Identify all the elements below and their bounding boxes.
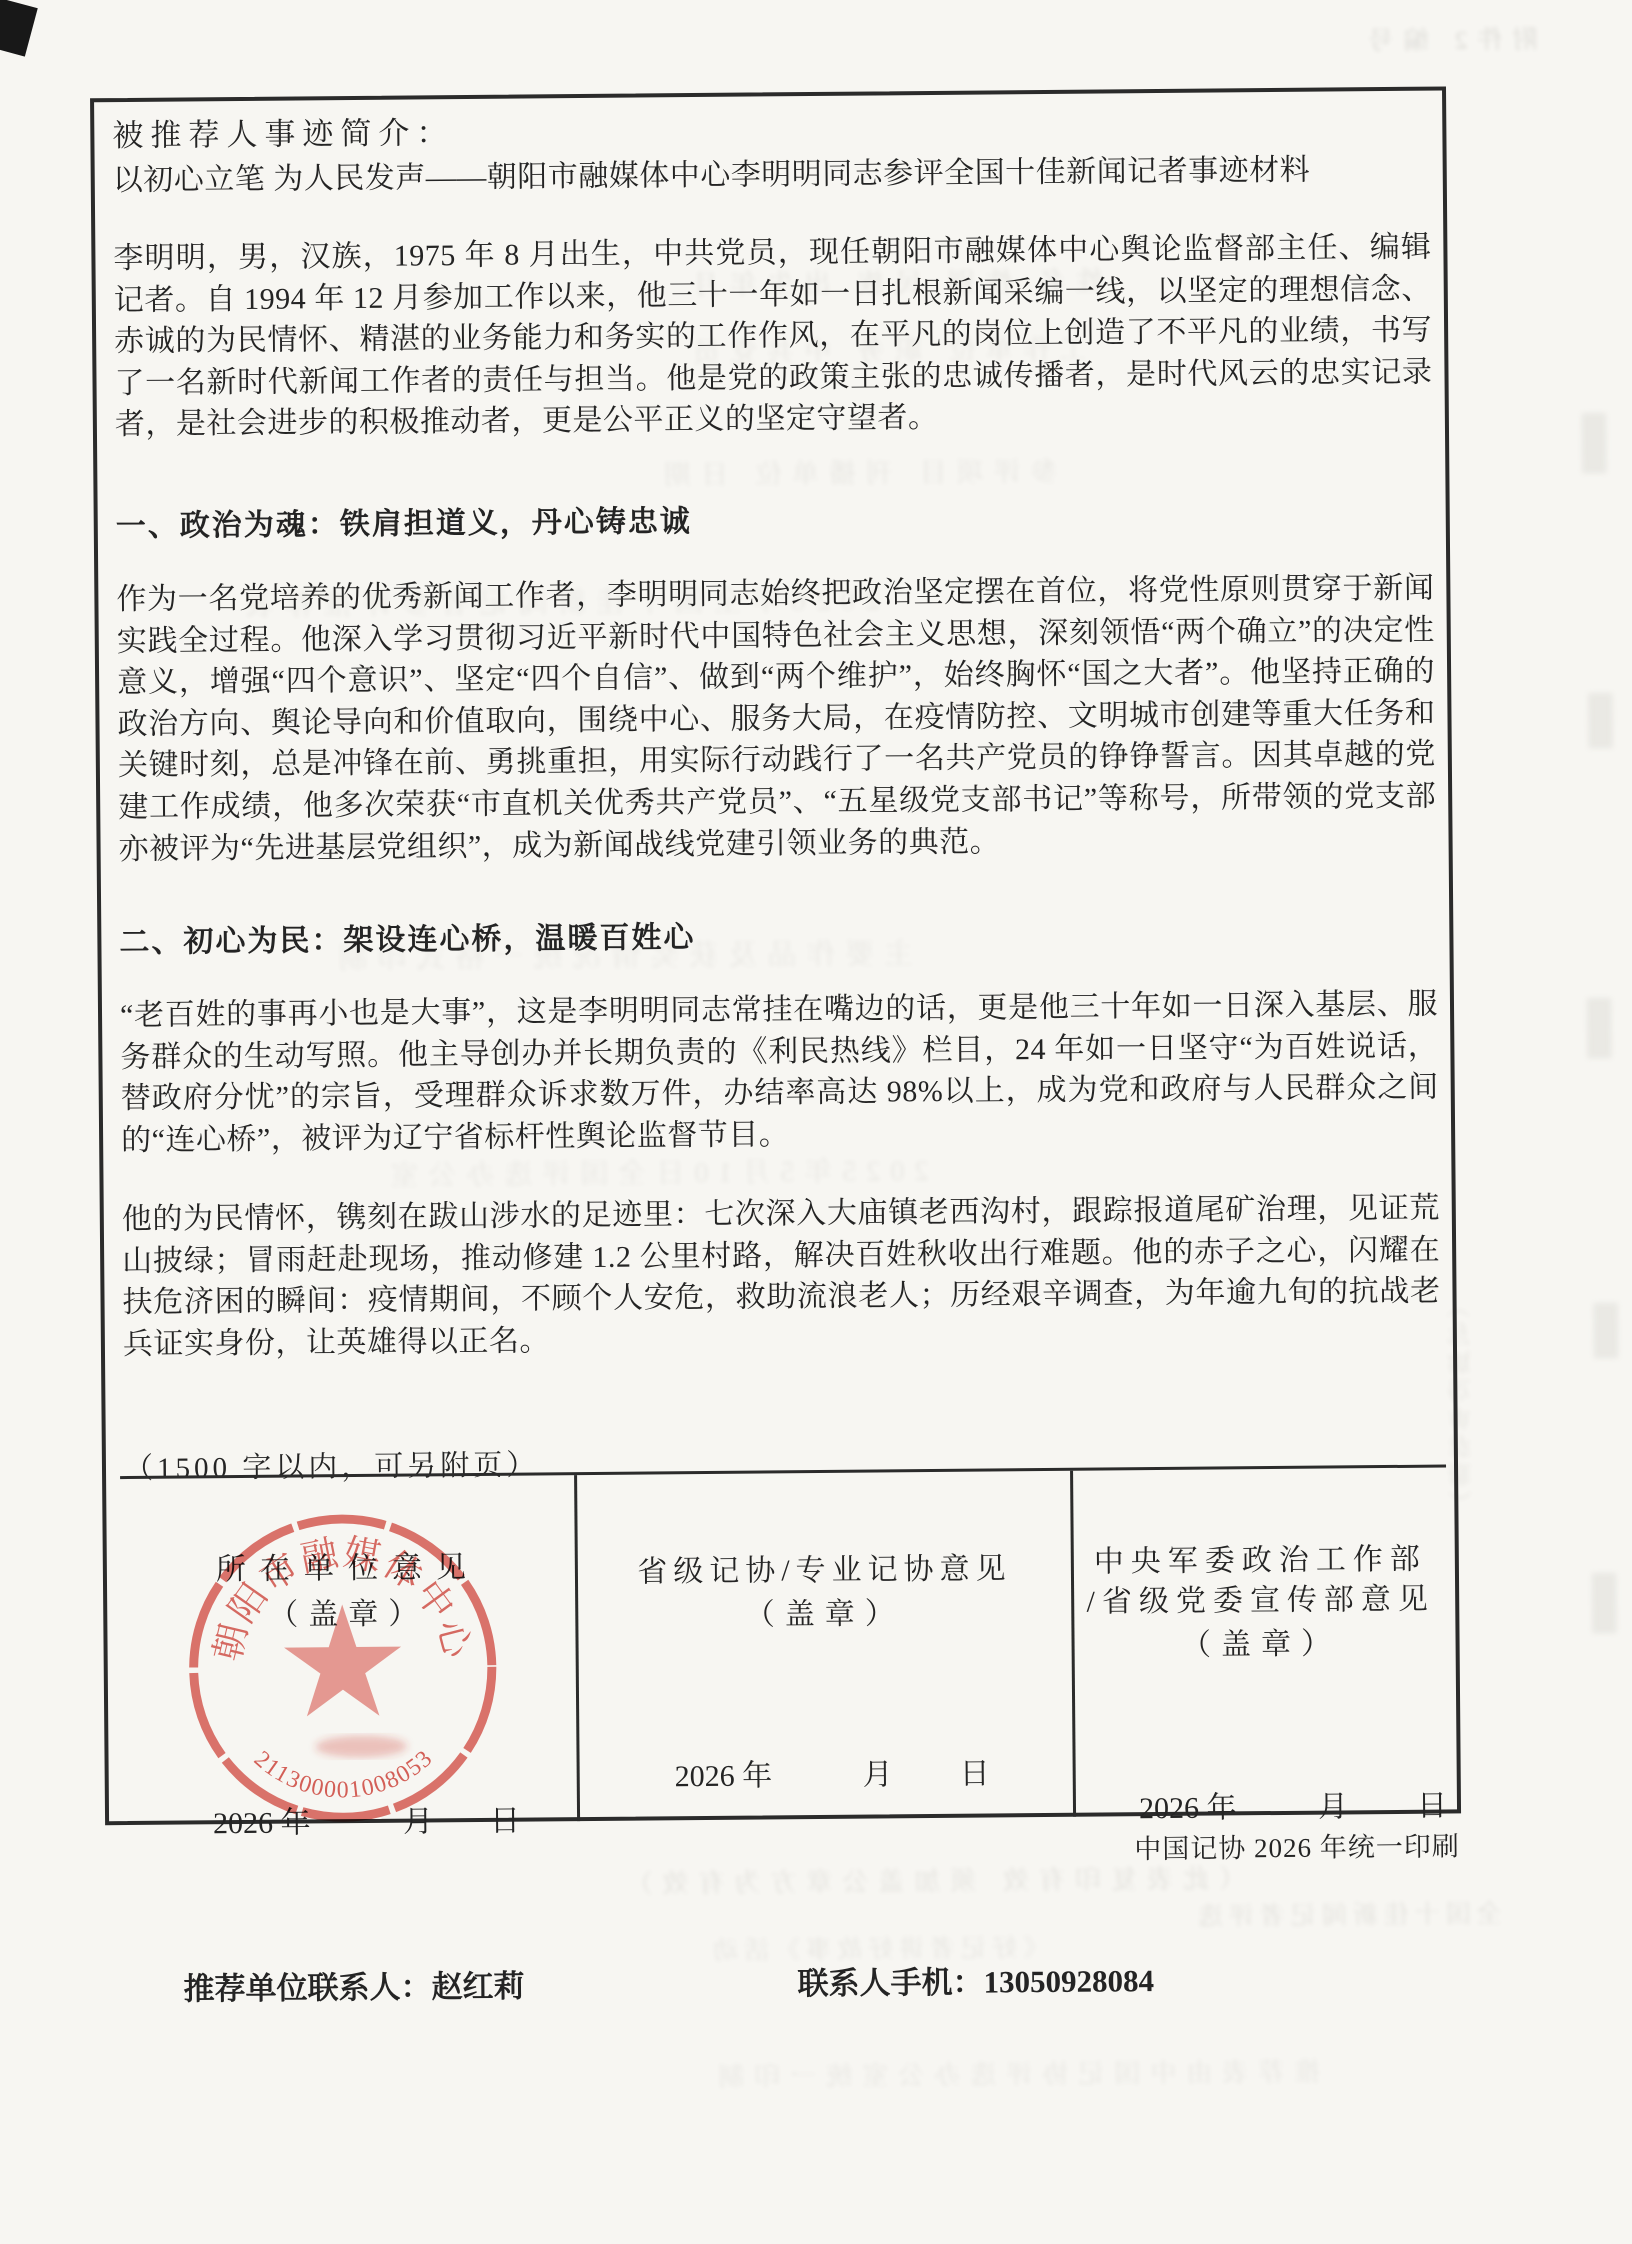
date-line: 2026 年 月 日 xyxy=(579,1748,1072,1752)
seal-svg: 朝阳市融媒体中心 211300001008053 xyxy=(177,1503,508,1834)
bleedthrough-ghost: 全国十佳新闻记者评选 xyxy=(1192,1894,1502,1933)
contact-name: 赵红莉 xyxy=(431,1969,524,2005)
date-year: 2026 年 xyxy=(1139,1782,1237,1827)
paragraph-section-2a: “老百姓的事再小也是大事”，这是李明明同志常挂在嘴边的话，更是他三十年如一日深入… xyxy=(120,984,1439,1162)
paragraph-profile: 李明明，男，汉族，1975 年 8 月出生，中共党员，现任朝阳市融媒体中心舆论监… xyxy=(113,227,1433,446)
approval-cell-military-propaganda: 中央军委政治工作部 /省级党委宣传部意见 （盖章） 2026 年 月 日 xyxy=(1070,1468,1449,1817)
phone-label: 联系人手机： xyxy=(797,1965,983,2002)
bleedthrough-ghost: 附件2 编号 xyxy=(1358,20,1537,58)
date-day: 日 xyxy=(1417,1781,1447,1825)
scan-edge-artifact xyxy=(1582,413,1607,473)
phone-number: 13050928084 xyxy=(983,1963,1154,1999)
recommending-unit-contact: 推荐单位联系人：赵红莉 xyxy=(183,1961,524,2009)
scan-edge-artifact xyxy=(1594,1303,1618,1358)
contact-line: 推荐单位联系人：赵红莉 联系人手机：13050928084 xyxy=(7,1951,1632,2009)
contact-label: 推荐单位联系人： xyxy=(183,1969,431,2006)
scanned-form-page: 附件2 编号 姓名 性别 民族 出生年月 工作单位 职务 中共党员 参评项目 刊… xyxy=(0,0,1632,2244)
scan-edge-artifact xyxy=(1588,693,1612,748)
seal-star-icon xyxy=(284,1604,402,1717)
heading-section-1: 一、政治为魂：铁肩担道义，丹心铸忠诚 xyxy=(116,490,1434,545)
heading-section-2: 二、初心为民：架设连心桥，温暖百姓心 xyxy=(119,906,1437,961)
cell-title: 省级记协/专业记协意见 xyxy=(578,1543,1071,1591)
bleedthrough-ghost: 推荐表由中国记协评选办公室统一印制 xyxy=(708,2052,1320,2094)
paragraph-section-1: 作为一名党培养的优秀新闻工作者，李明明同志始终把政治坚定摆在首位，将党性原则贯穿… xyxy=(116,568,1436,871)
approval-cell-journalist-association: 省级记协/专业记协意见 （盖章） 2026 年 月 日 xyxy=(574,1471,1073,1821)
paragraph-section-2b: 他的为民情怀，镌刻在跋山涉水的足迹里：七次深入大庙镇老西沟村，跟踪报道尾矿治理，… xyxy=(122,1188,1441,1366)
scan-edge-artifact xyxy=(1587,998,1612,1058)
print-edition-note: 中国记协 2026 年统一印刷 xyxy=(1134,1824,1460,1866)
seal-smudge-text xyxy=(316,1735,408,1758)
cell-title-line2: /省级党委宣传部意见 xyxy=(1074,1574,1447,1621)
seal-here-note: （盖章） xyxy=(1074,1618,1447,1665)
contact-phone: 联系人手机：13050928084 xyxy=(797,1955,1154,2003)
date-line: 2026 年 月 日 xyxy=(1076,1781,1449,1784)
date-month: 月 xyxy=(862,1749,892,1793)
official-seal-stamp: 朝阳市融媒体中心 211300001008053 xyxy=(177,1503,508,1834)
date-year: 2026 年 xyxy=(674,1750,772,1795)
scan-edge-artifact xyxy=(1592,1573,1617,1633)
date-day: 日 xyxy=(959,1749,989,1793)
date-month: 月 xyxy=(1318,1781,1348,1825)
seal-here-note: （盖章） xyxy=(578,1587,1071,1635)
